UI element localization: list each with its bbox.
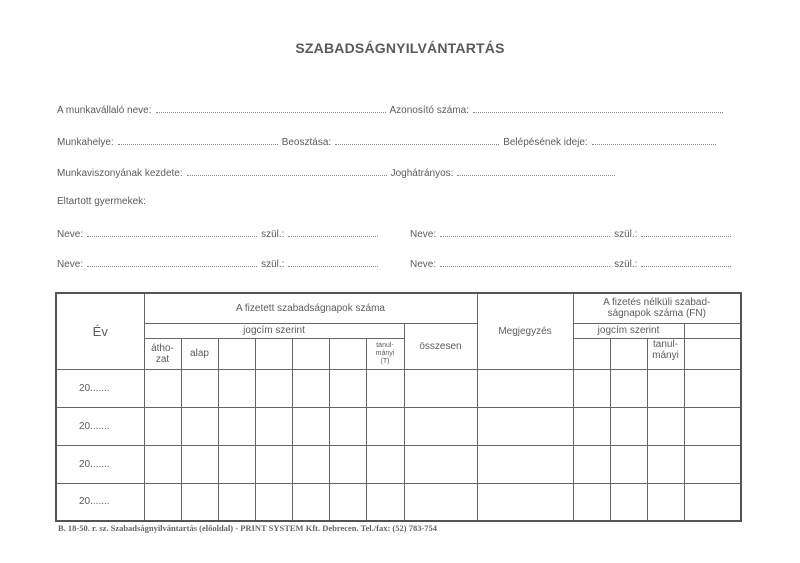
table-cell[interactable] (292, 445, 329, 483)
base-header: alap (181, 338, 218, 369)
table-cell[interactable] (684, 483, 741, 521)
position-field[interactable] (335, 136, 499, 145)
child-4-birth-field[interactable] (641, 258, 731, 267)
table-cell[interactable] (181, 407, 218, 445)
position-label: Beosztása: (282, 137, 331, 148)
by-title-header: jogcím szerint (144, 323, 404, 338)
table-cell[interactable] (610, 369, 647, 407)
total-header: összesen (404, 323, 477, 369)
table-cell[interactable] (329, 445, 366, 483)
note-header: Megjegyzés (477, 293, 573, 369)
table-cell[interactable] (292, 369, 329, 407)
table-cell[interactable] (181, 483, 218, 521)
workplace-label: Munkahelye: (57, 137, 114, 148)
dependents-label: Eltartott gyermekek: (57, 196, 146, 207)
table-cell[interactable] (144, 445, 181, 483)
table-cell[interactable] (292, 483, 329, 521)
table-cell[interactable] (366, 407, 404, 445)
table-cell[interactable] (366, 445, 404, 483)
table-cell[interactable] (255, 369, 292, 407)
table-cell[interactable] (684, 407, 741, 445)
table-cell[interactable] (573, 483, 610, 521)
table-cell[interactable] (218, 483, 255, 521)
study-header: tanul-mányi(T) (366, 338, 404, 369)
table-cell[interactable] (255, 483, 292, 521)
disadvantaged-label: Joghátrányos: (391, 168, 454, 179)
table-cell[interactable] (573, 369, 610, 407)
table-row: 20....... (56, 369, 741, 407)
table-cell[interactable] (477, 445, 573, 483)
table-cell[interactable] (404, 483, 477, 521)
table-cell[interactable] (329, 407, 366, 445)
table-row: 20....... (56, 483, 741, 521)
table-cell[interactable] (218, 445, 255, 483)
table-cell[interactable] (218, 369, 255, 407)
employee-name-field[interactable] (156, 104, 386, 113)
form-footer: B. 18-50. r. sz. Szabadságnyilvántartás … (58, 523, 437, 533)
year-cell[interactable]: 20....... (56, 407, 144, 445)
year-header: Év (56, 293, 144, 369)
entry-date-label: Belépésének ideje: (503, 137, 588, 148)
table-cell[interactable] (255, 445, 292, 483)
child-4-name-field[interactable] (440, 258, 610, 267)
table-cell[interactable] (218, 407, 255, 445)
table-cell[interactable] (404, 407, 477, 445)
child-1-name-field[interactable] (87, 228, 257, 237)
table-cell[interactable] (647, 445, 684, 483)
child-name-label: Neve: (57, 229, 83, 240)
year-cell[interactable]: 20....... (56, 445, 144, 483)
child-birth-label: szül.: (261, 229, 284, 240)
form-title: SZABADSÁGNYILVÁNTARTÁS (0, 40, 800, 56)
employment-start-field[interactable] (187, 167, 387, 176)
table-cell[interactable] (144, 483, 181, 521)
child-name-label: Neve: (57, 259, 83, 270)
table-cell[interactable] (404, 369, 477, 407)
table-cell[interactable] (647, 369, 684, 407)
leave-table: Év A fizetett szabadságnapok száma Megje… (55, 292, 742, 522)
child-birth-label: szül.: (261, 259, 284, 270)
table-cell[interactable] (684, 445, 741, 483)
table-cell[interactable] (329, 369, 366, 407)
employee-name-label: A munkavállaló neve: (57, 105, 152, 116)
table-cell[interactable] (610, 407, 647, 445)
table-cell[interactable] (573, 445, 610, 483)
table-cell[interactable] (610, 483, 647, 521)
child-3-name-field[interactable] (87, 258, 257, 267)
child-1-birth-field[interactable] (288, 228, 378, 237)
child-2-birth-field[interactable] (641, 228, 731, 237)
table-cell[interactable] (181, 445, 218, 483)
child-name-label: Neve: (410, 259, 436, 270)
year-cell[interactable]: 20....... (56, 483, 144, 521)
table-cell[interactable] (144, 369, 181, 407)
table-cell[interactable] (144, 407, 181, 445)
workplace-field[interactable] (118, 136, 278, 145)
child-2-name-field[interactable] (440, 228, 610, 237)
table-cell[interactable] (181, 369, 218, 407)
table-cell[interactable] (477, 407, 573, 445)
table-row: 20....... (56, 445, 741, 483)
table-row: 20....... (56, 407, 741, 445)
table-cell[interactable] (292, 407, 329, 445)
entry-date-field[interactable] (592, 136, 716, 145)
unpaid-by-title-header: jogcím szerint (573, 323, 684, 338)
id-number-field[interactable] (473, 104, 723, 113)
child-3-birth-field[interactable] (288, 258, 378, 267)
table-cell[interactable] (573, 407, 610, 445)
child-birth-label: szül.: (614, 259, 637, 270)
table-cell[interactable] (477, 483, 573, 521)
table-cell[interactable] (404, 445, 477, 483)
child-name-label: Neve: (410, 229, 436, 240)
table-cell[interactable] (329, 483, 366, 521)
table-cell[interactable] (366, 369, 404, 407)
table-cell[interactable] (255, 407, 292, 445)
employment-start-label: Munkaviszonyának kezdete: (57, 168, 183, 179)
table-cell[interactable] (610, 445, 647, 483)
table-cell[interactable] (366, 483, 404, 521)
table-cell[interactable] (684, 369, 741, 407)
table-cell[interactable] (647, 407, 684, 445)
carryover-header: átho-zat (144, 338, 181, 369)
table-cell[interactable] (477, 369, 573, 407)
id-number-label: Azonosító száma: (390, 105, 469, 116)
unpaid-leave-header: A fizetés nélküli szabad- ságnapok száma… (573, 293, 741, 323)
unpaid-study-header: tanul-mányi (647, 338, 684, 369)
table-cell[interactable] (647, 483, 684, 521)
paid-leave-header: A fizetett szabadságnapok száma (144, 293, 477, 323)
disadvantaged-field[interactable] (457, 167, 615, 176)
child-birth-label: szül.: (614, 229, 637, 240)
year-cell[interactable]: 20....... (56, 369, 144, 407)
